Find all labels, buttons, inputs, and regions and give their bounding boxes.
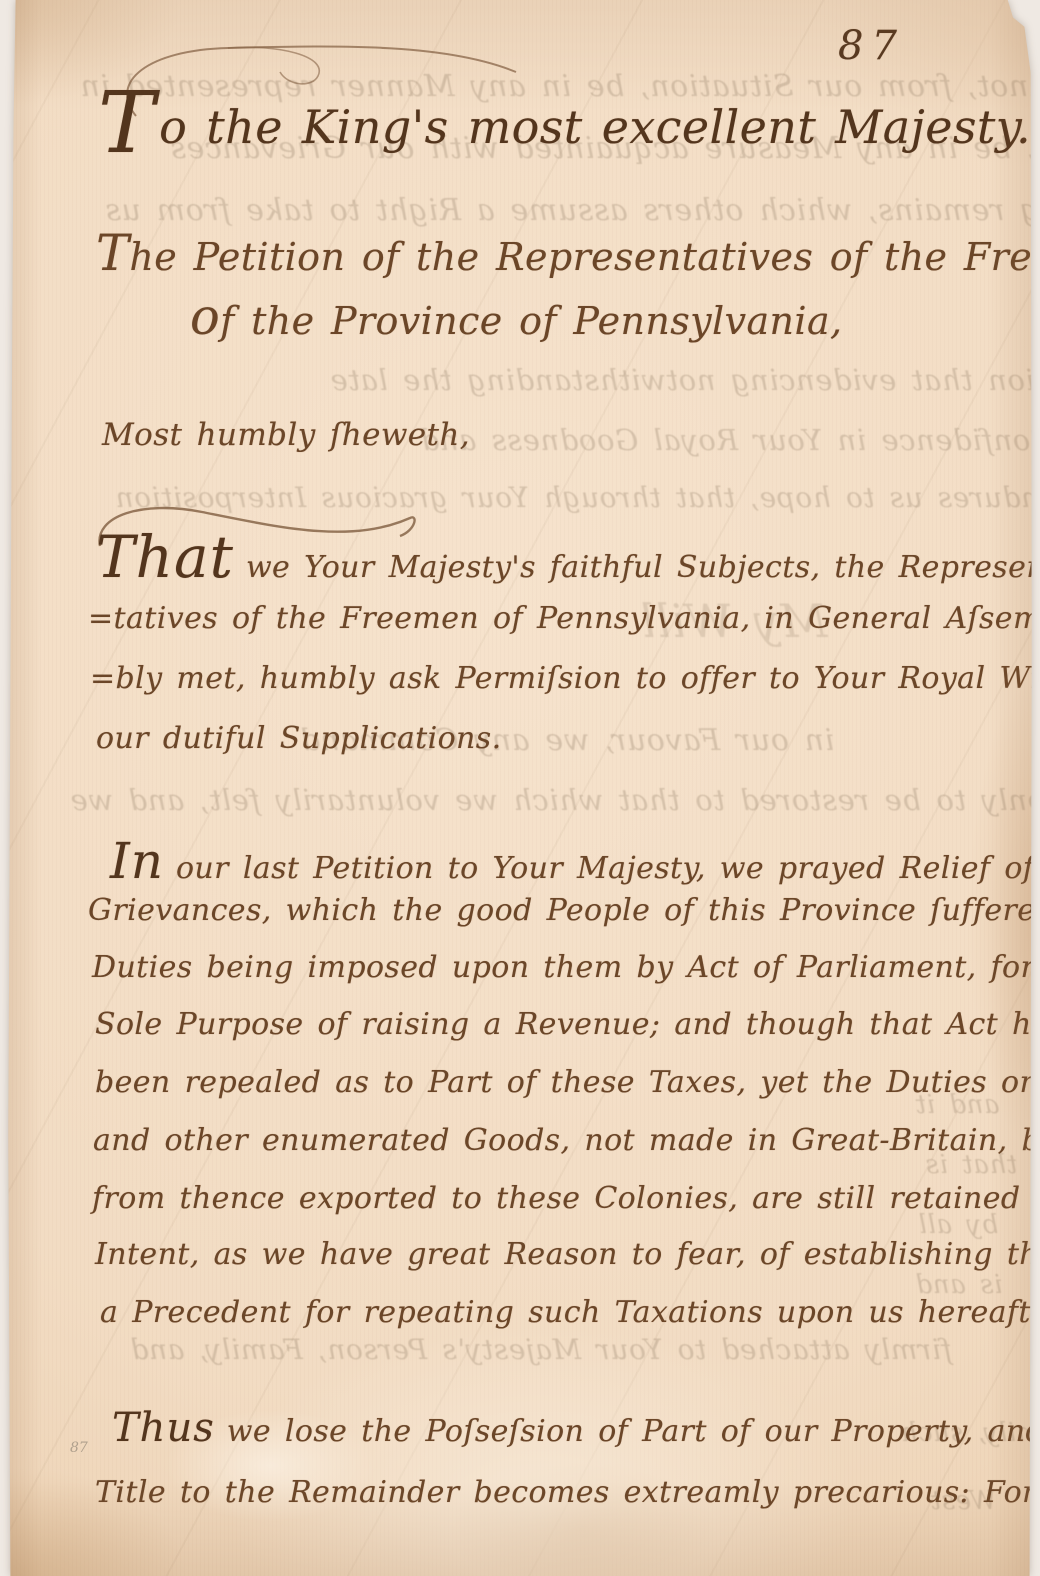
parchment-page: cannot, from our Situation, be in any Ma…	[0, 0, 1040, 1576]
page-edge-shading	[0, 0, 1040, 1576]
manuscript-scan: cannot, from our Situation, be in any Ma…	[0, 0, 1040, 1576]
